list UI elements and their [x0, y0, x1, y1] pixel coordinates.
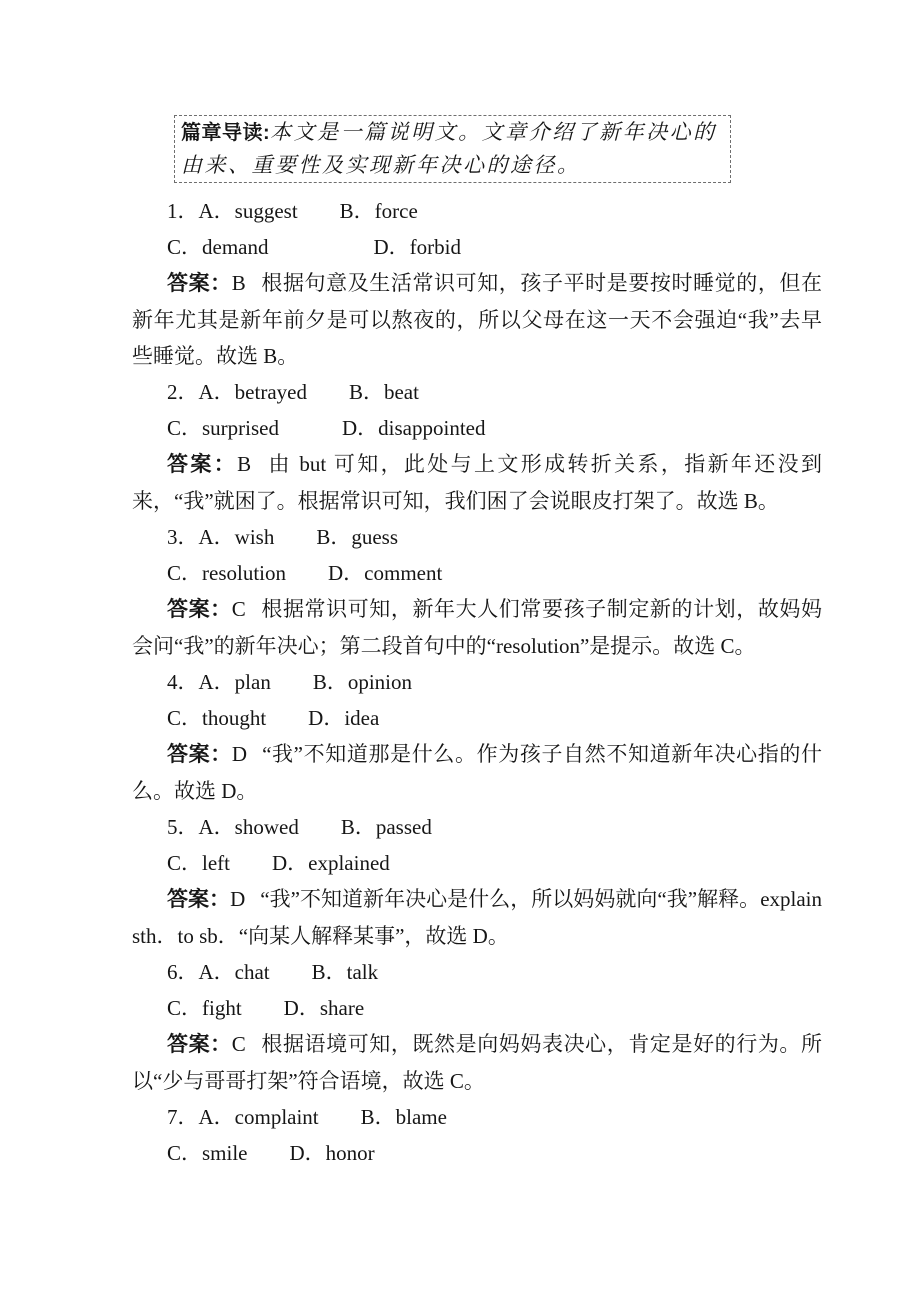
guide-text-2: 由来、重要性及实现新年决心的途径。: [181, 153, 581, 177]
question-4: 4．A．plan B．opinion C．thought D．idea 答案：D…: [132, 664, 822, 809]
document-page: 篇章导读:本文是一篇说明文。文章介绍了新年决心的 由来、重要性及实现新年决心的途…: [0, 0, 920, 1302]
question-6: 6．A．chat B．talk C．fight D．share 答案：C根据语境…: [132, 954, 822, 1099]
passage-guide-box: 篇章导读:本文是一篇说明文。文章介绍了新年决心的 由来、重要性及实现新年决心的途…: [174, 115, 731, 183]
question-6-option-row-ab: 6．A．chat B．talk: [132, 954, 822, 990]
guide-title: 篇章导读:: [181, 122, 270, 144]
answer-label: 答案：: [167, 453, 237, 476]
answer-label: 答案：: [167, 1033, 232, 1056]
question-7-option-row-ab: 7．A．complaint B．blame: [132, 1099, 822, 1135]
question-5: 5．A．showed B．passed C．left D．explained 答…: [132, 809, 822, 954]
question-5-answer-paragraph: 答案：D“我”不知道新年决心是什么，所以妈妈就向“我”解释。explain st…: [132, 881, 822, 954]
question-2: 2．A．betrayed B．beat C．surprised D．disapp…: [132, 374, 822, 519]
question-6-answer-paragraph: 答案：C根据语境可知，既然是向妈妈表决心，肯定是好的行为。所以“少与哥哥打架”符…: [132, 1026, 822, 1099]
answer-letter: D: [232, 742, 247, 766]
question-3-option-row-ab: 3．A．wish B．guess: [132, 519, 822, 555]
guide-line-2: 由来、重要性及实现新年决心的途径。: [181, 150, 726, 182]
question-6-option-row-cd: C．fight D．share: [132, 990, 822, 1026]
question-2-option-row-cd: C．surprised D．disappointed: [132, 410, 822, 446]
question-4-option-row-cd: C．thought D．idea: [132, 700, 822, 736]
question-1-option-row-ab: 1．A．suggest B．force: [132, 193, 822, 229]
question-3-answer-paragraph: 答案：C根据常识可知，新年大人们常要孩子制定新的计划，故妈妈会问“我”的新年决心…: [132, 591, 822, 664]
question-2-answer-paragraph: 答案：B由 but 可知，此处与上文形成转折关系，指新年还没到来，“我”就困了。…: [132, 446, 822, 519]
question-5-option-row-ab: 5．A．showed B．passed: [132, 809, 822, 845]
answer-label: 答案：: [167, 598, 232, 621]
question-3: 3．A．wish B．guess C．resolution D．comment …: [132, 519, 822, 664]
question-1: 1．A．suggest B．force C．demand D．forbid 答案…: [132, 193, 822, 374]
answer-label: 答案：: [167, 272, 232, 295]
answer-label: 答案：: [167, 743, 232, 766]
answer-letter: C: [232, 1032, 246, 1056]
guide-text-1: 本文是一篇说明文。文章介绍了新年决心的: [270, 120, 717, 144]
answer-letter: B: [237, 452, 251, 476]
answer-letter: C: [232, 597, 246, 621]
answer-letter: D: [230, 887, 245, 911]
question-2-option-row-ab: 2．A．betrayed B．beat: [132, 374, 822, 410]
guide-line-1: 篇章导读:本文是一篇说明文。文章介绍了新年决心的: [181, 117, 726, 150]
question-7-option-row-cd: C．smile D．honor: [132, 1135, 822, 1171]
answer-label: 答案：: [167, 888, 230, 911]
question-1-option-row-cd: C．demand D．forbid: [132, 229, 822, 265]
question-1-answer-paragraph: 答案：B根据句意及生活常识可知，孩子平时是要按时睡觉的，但在新年尤其是新年前夕是…: [132, 265, 822, 374]
question-4-option-row-ab: 4．A．plan B．opinion: [132, 664, 822, 700]
question-5-option-row-cd: C．left D．explained: [132, 845, 822, 881]
answer-letter: B: [232, 271, 246, 295]
document-content: 篇章导读:本文是一篇说明文。文章介绍了新年决心的 由来、重要性及实现新年决心的途…: [132, 0, 822, 1171]
question-3-option-row-cd: C．resolution D．comment: [132, 555, 822, 591]
question-7: 7．A．complaint B．blame C．smile D．honor: [132, 1099, 822, 1171]
question-4-answer-paragraph: 答案：D“我”不知道那是什么。作为孩子自然不知道新年决心指的什么。故选 D。: [132, 736, 822, 809]
